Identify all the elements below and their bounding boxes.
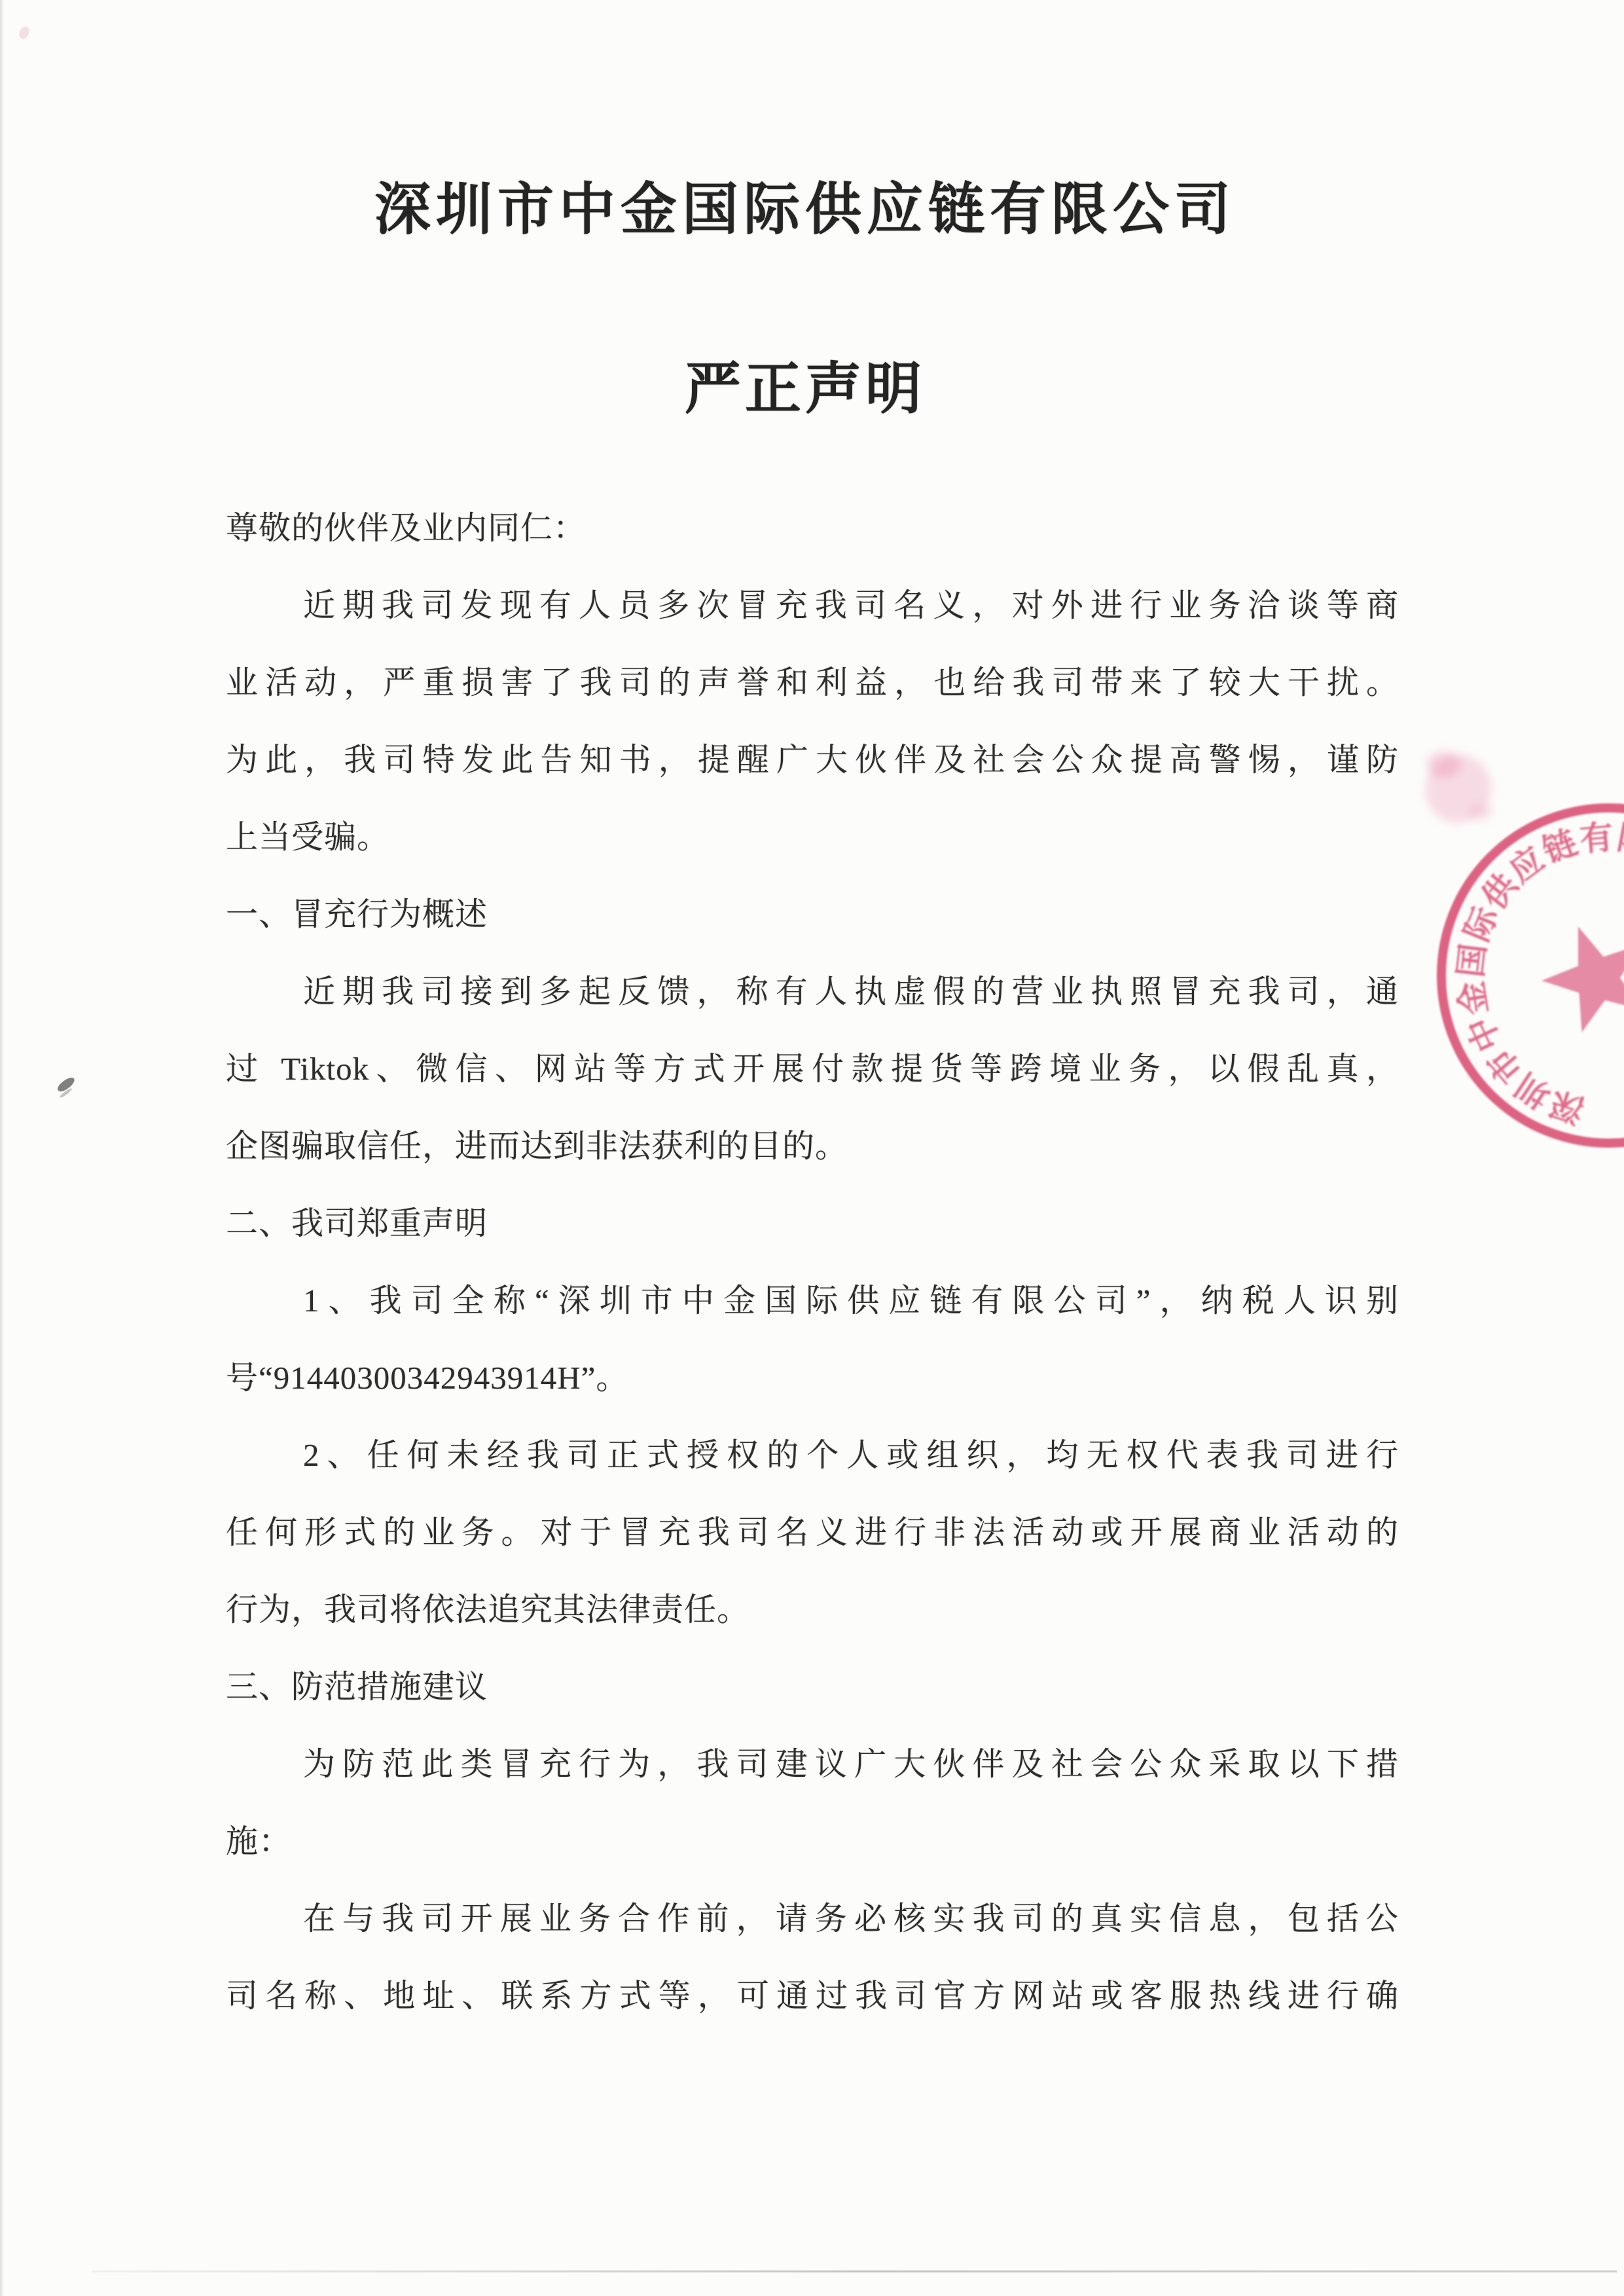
scan-edge-bottom [92, 2270, 1617, 2272]
document-subtitle: 严正声明 [0, 343, 1610, 424]
body-line: 企图骗取信任，进而达到非法获利的目的。 [226, 1108, 1399, 1185]
body-line-tax-id: 号“91440300342943914H”。 [226, 1339, 1399, 1417]
scan-speck-dark [56, 1075, 77, 1094]
body-line: 近期我司接到多起反馈，称有人执虚假的营业执照冒充我司，通 [226, 953, 1399, 1030]
scanned-document-page: 深圳市中金国际供应链有限公司 严正声明 尊敬的伙伴及业内同仁： 近期我司发现有人… [0, 0, 1624, 2296]
seal-star-icon [1528, 908, 1624, 1039]
section-heading: 一、冒充行为概述 [226, 876, 1399, 953]
company-seal: 深圳市中金国际供应链有限公司 [1362, 707, 1624, 1250]
body-line: 在与我司开展业务合作前，请务必核实我司的真实信息，包括公 [226, 1880, 1399, 1958]
body-line: 上当受骗。 [226, 799, 1399, 876]
body-line: 过 Tiktok、微信、网站等方式开展付款提货等跨境业务，以假乱真， [226, 1030, 1399, 1108]
section-heading: 二、我司郑重声明 [226, 1185, 1399, 1262]
page-title: 深圳市中金国际供应链有限公司 [0, 164, 1610, 245]
document-body: 尊敬的伙伴及业内同仁： 近期我司发现有人员多次冒充我司名义，对外进行业务洽谈等商… [226, 490, 1399, 2035]
scan-edge-left [0, 0, 4, 2296]
body-line: 司名称、地址、联系方式等，可通过我司官方网站或客服热线进行确 [226, 1958, 1399, 2035]
body-line: 业活动，严重损害了我司的声誉和利益，也给我司带来了较大干扰。 [226, 644, 1399, 721]
body-line: 为防范此类冒充行为，我司建议广大伙伴及社会公众采取以下措 [226, 1726, 1399, 1803]
body-line: 近期我司发现有人员多次冒充我司名义，对外进行业务洽谈等商 [226, 567, 1399, 644]
body-line: 1、我司全称“深圳市中金国际供应链有限公司”，纳税人识别 [226, 1262, 1399, 1339]
section-heading: 三、防范措施建议 [226, 1649, 1399, 1726]
body-line: 尊敬的伙伴及业内同仁： [226, 490, 1399, 567]
body-line: 行为，我司将依法追究其法律责任。 [226, 1571, 1399, 1649]
body-line: 施： [226, 1803, 1399, 1880]
body-line: 为此，我司特发此告知书，提醒广大伙伴及社会公众提高警惕，谨防 [226, 721, 1399, 799]
scan-speck-red [17, 25, 31, 41]
seal-ink-smudge [1416, 746, 1500, 831]
body-line: 2、任何未经我司正式授权的个人或组织，均无权代表我司进行 [226, 1417, 1399, 1494]
body-line: 任何形式的业务。对于冒充我司名义进行非法活动或开展商业活动的 [226, 1494, 1399, 1571]
